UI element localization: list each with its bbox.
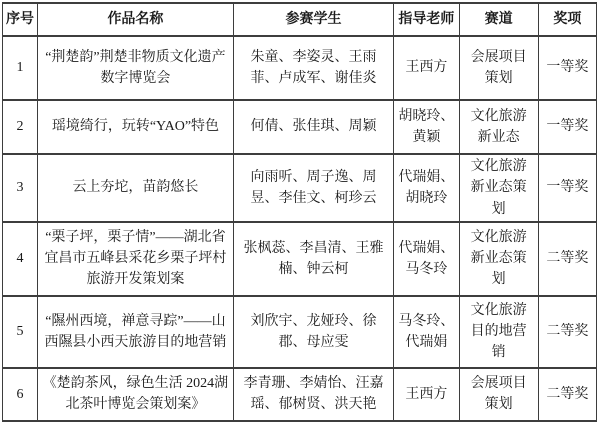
cell-index: 4 — [3, 222, 38, 296]
cell-award: 一等奖 — [538, 100, 596, 154]
cell-work-name: “栗子坪，栗子情”——湖北省宜昌市五峰县采花乡栗子坪村旅游开发策划案 — [38, 222, 234, 296]
cell-students: 张枫蕊、李昌清、王雅楠、钟云柯 — [233, 222, 394, 296]
cell-teachers: 代瑞娟、马冬玲 — [394, 222, 459, 296]
table-row: 3 云上夯坨，苗韵悠长 向雨听、周子逸、周昱、李佳文、柯珍云 代瑞娟、胡晓玲 文… — [3, 154, 597, 222]
header-row: 序号 作品名称 参赛学生 指导老师 赛道 奖项 — [3, 3, 597, 36]
cell-award: 一等奖 — [538, 154, 596, 222]
table-row: 2 瑶境绮行，玩转“YAO”特色 何倩、张佳琪、周颖 胡晓玲、黄颖 文化旅游新业… — [3, 100, 597, 154]
col-header-students: 参赛学生 — [233, 3, 394, 36]
cell-teachers: 马冬玲、代瑞娟 — [394, 296, 459, 368]
cell-teachers: 王西方 — [394, 36, 459, 100]
cell-track: 会展项目策划 — [459, 36, 538, 100]
table-row: 1 “荆楚韵”荆楚非物质文化遗产数字博览会 朱童、李姿灵、王雨菲、卢成军、谢佳炎… — [3, 36, 597, 100]
table-row: 6 《楚韵茶风，绿色生活 2024湖北茶叶博览会策划案》 李青珊、李婧怡、汪嘉瑶… — [3, 368, 597, 421]
table-row: 4 “栗子坪，栗子情”——湖北省宜昌市五峰县采花乡栗子坪村旅游开发策划案 张枫蕊… — [3, 222, 597, 296]
cell-teachers: 王西方 — [394, 368, 459, 421]
cell-index: 6 — [3, 368, 38, 421]
cell-students: 朱童、李姿灵、王雨菲、卢成军、谢佳炎 — [233, 36, 394, 100]
cell-work-name: “隰州西境，禅意寻踪”——山西隰县小西天旅游目的地营销 — [38, 296, 234, 368]
col-header-award: 奖项 — [538, 3, 596, 36]
cell-work-name: 瑶境绮行，玩转“YAO”特色 — [38, 100, 234, 154]
col-header-track: 赛道 — [459, 3, 538, 36]
col-header-teachers: 指导老师 — [394, 3, 459, 36]
cell-students: 刘欣宇、龙娅玲、徐郡、母应雯 — [233, 296, 394, 368]
cell-index: 3 — [3, 154, 38, 222]
cell-work-name: 《楚韵茶风，绿色生活 2024湖北茶叶博览会策划案》 — [38, 368, 234, 421]
col-header-work-name: 作品名称 — [38, 3, 234, 36]
cell-students: 向雨听、周子逸、周昱、李佳文、柯珍云 — [233, 154, 394, 222]
cell-teachers: 代瑞娟、胡晓玲 — [394, 154, 459, 222]
cell-index: 1 — [3, 36, 38, 100]
cell-track: 文化旅游新业态 — [459, 100, 538, 154]
cell-teachers: 胡晓玲、黄颖 — [394, 100, 459, 154]
cell-track: 文化旅游新业态策划 — [459, 222, 538, 296]
cell-track: 文化旅游目的地营销 — [459, 296, 538, 368]
cell-award: 二等奖 — [538, 222, 596, 296]
cell-award: 二等奖 — [538, 368, 596, 421]
cell-work-name: “荆楚韵”荆楚非物质文化遗产数字博览会 — [38, 36, 234, 100]
cell-track: 会展项目策划 — [459, 368, 538, 421]
awards-table-page: 序号 作品名称 参赛学生 指导老师 赛道 奖项 1 “荆楚韵”荆楚非物质文化遗产… — [0, 0, 599, 431]
col-header-index: 序号 — [3, 3, 38, 36]
cell-track: 文化旅游新业态策划 — [459, 154, 538, 222]
cell-work-name: 云上夯坨，苗韵悠长 — [38, 154, 234, 222]
cell-students: 李青珊、李婧怡、汪嘉瑶、郁树贤、洪天艳 — [233, 368, 394, 421]
cell-award: 一等奖 — [538, 36, 596, 100]
cell-award: 二等奖 — [538, 296, 596, 368]
cell-index: 5 — [3, 296, 38, 368]
table-row: 5 “隰州西境，禅意寻踪”——山西隰县小西天旅游目的地营销 刘欣宇、龙娅玲、徐郡… — [3, 296, 597, 368]
awards-results-table: 序号 作品名称 参赛学生 指导老师 赛道 奖项 1 “荆楚韵”荆楚非物质文化遗产… — [2, 2, 597, 422]
cell-index: 2 — [3, 100, 38, 154]
cell-students: 何倩、张佳琪、周颖 — [233, 100, 394, 154]
